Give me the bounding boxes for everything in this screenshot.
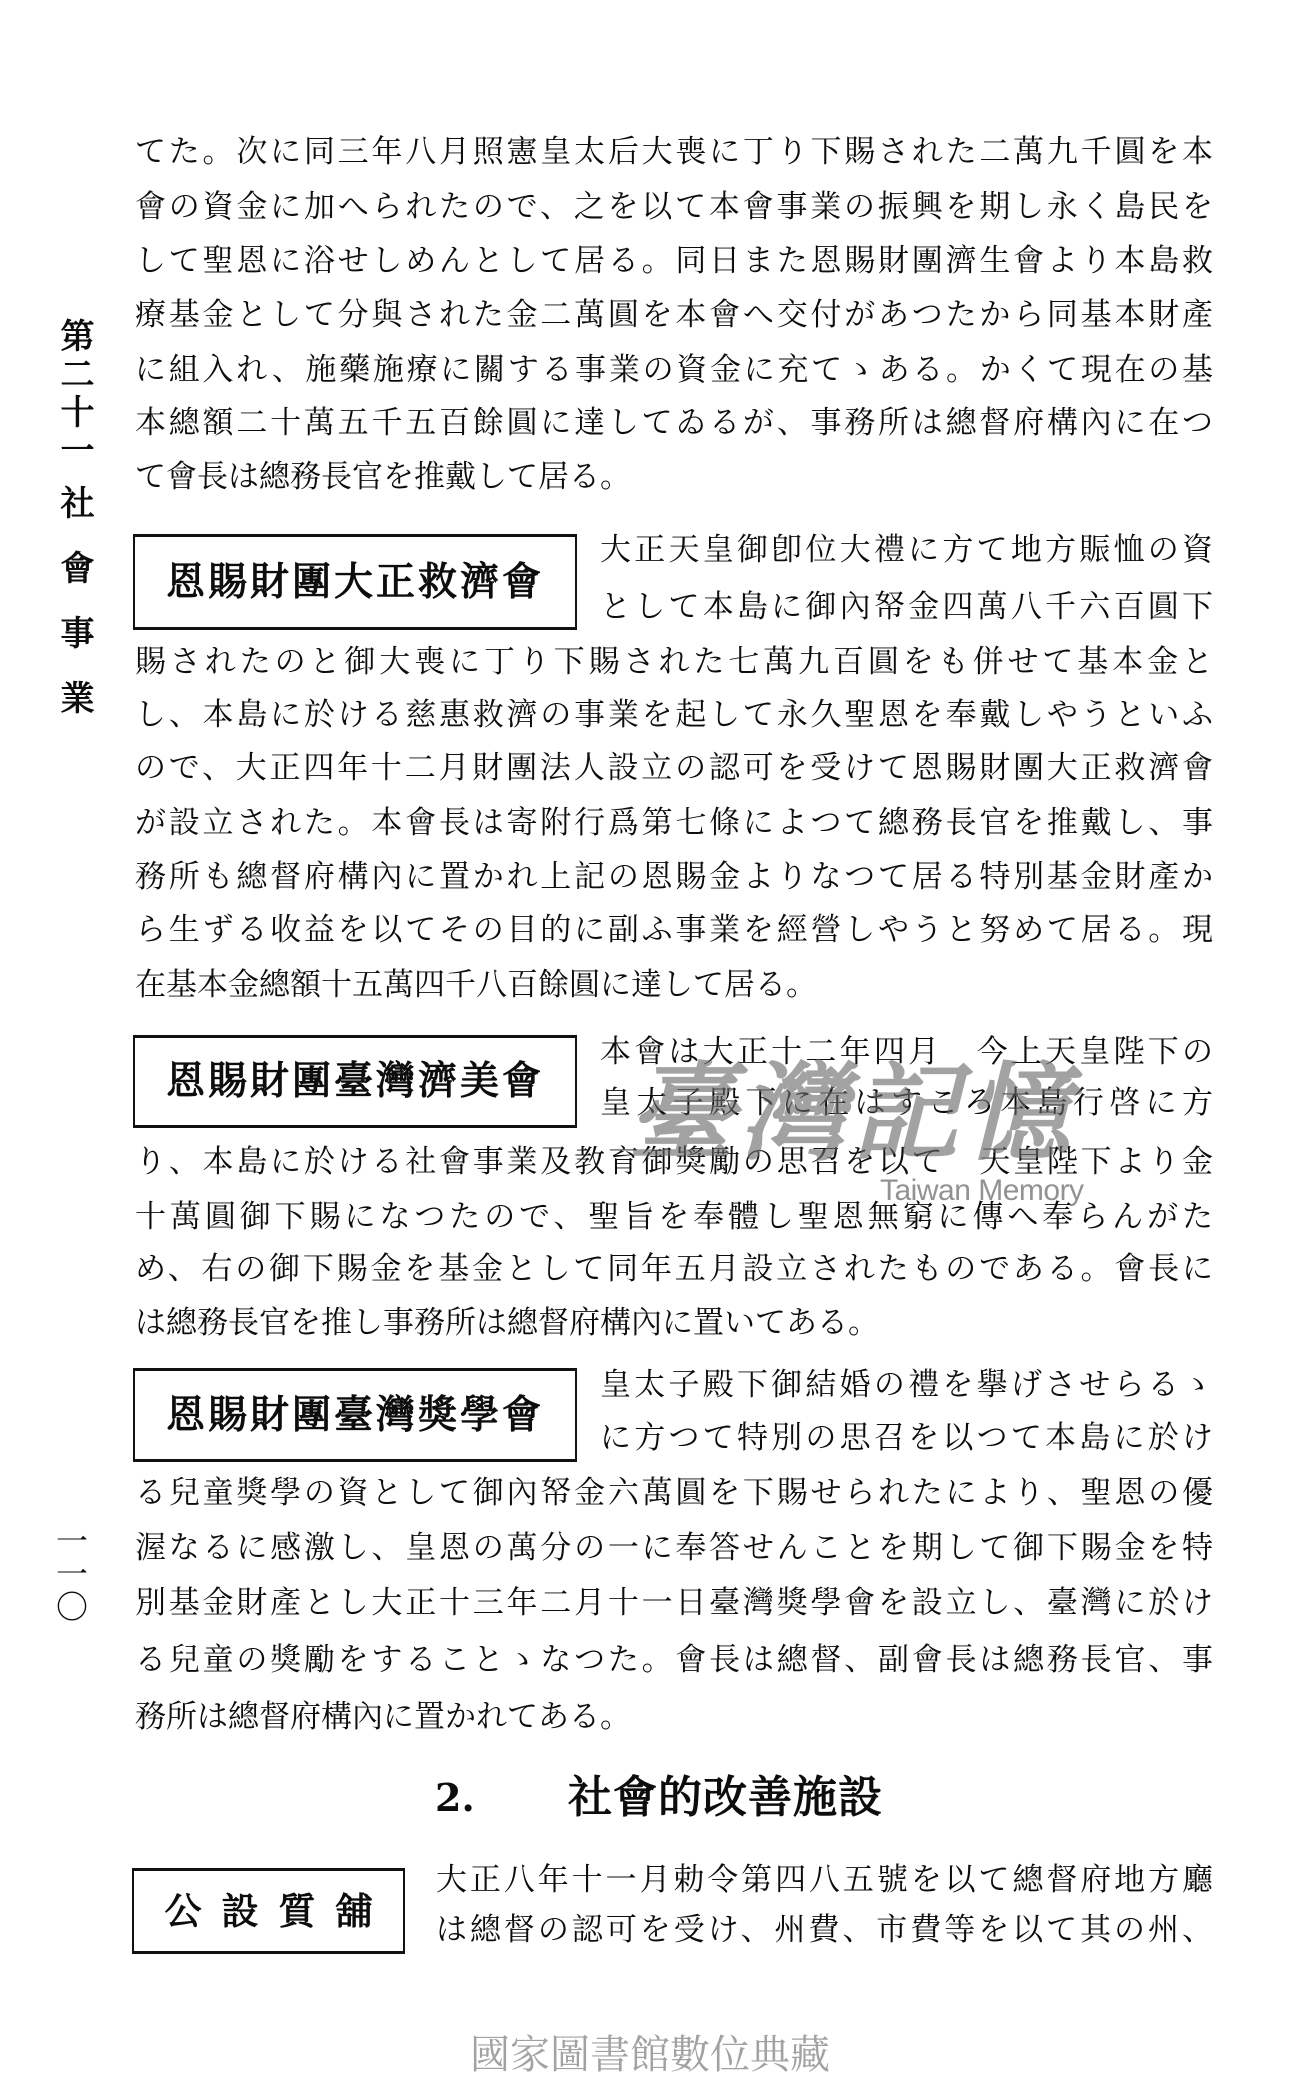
- running-header-chapter: 第二十一: [57, 318, 91, 470]
- text-line: して聖恩に浴せしめんとして居る。同日また恩賜財團濟生會より本島救: [135, 241, 1213, 281]
- section-label-box: 公設質舖: [132, 1868, 405, 1954]
- text-line: が設立された。本會長は寄附行爲第七條によつて總務長官を推戴し、事: [135, 803, 1213, 843]
- section-label: 恩賜財團臺灣獎學會: [166, 1396, 544, 1435]
- text-line: として本島に御內帑金四萬八千六百圓下: [600, 587, 1213, 627]
- text-line: は總務長官を推し事務所は總督府構內に置いてある。: [135, 1303, 1213, 1343]
- section-label: 恩賜財團臺灣濟美會: [166, 1062, 544, 1101]
- text-line: し、本島に於ける慈惠救濟の事業を起して永久聖恩を奉戴しやうといふ: [135, 695, 1213, 735]
- footer-watermark: 國家圖書館數位典藏: [470, 2033, 830, 2077]
- text-line: め、右の御下賜金を基金として同年五月設立されたものである。會長に: [135, 1249, 1213, 1289]
- section-label-box: 恩賜財團臺灣濟美會: [133, 1035, 577, 1128]
- text-line: 皇太子殿下御結婚の禮を擧げさせらるゝ: [600, 1365, 1213, 1405]
- text-line: 在基本金總額十五萬四千八百餘圓に達して居る。: [135, 965, 1213, 1005]
- text-line: 會の資金に加へられたので、之を以て本會事業の振興を期し永く島民を: [135, 187, 1213, 227]
- section-label: 恩賜財團大正救濟會: [166, 563, 544, 602]
- text-line: 療基金として分與された金二萬圓を本會へ交付があつたから同基本財產: [135, 295, 1213, 335]
- section-label: 公設質舖: [165, 1893, 393, 1930]
- text-line: 賜されたのと御大喪に丁り下賜された七萬九百圓をも併せて基本金と: [135, 642, 1213, 682]
- text-line: てた。次に同三年八月照憲皇太后大喪に丁り下賜された二萬九千圓を本: [135, 132, 1213, 172]
- text-line: ので、大正四年十二月財團法人設立の認可を受けて恩賜財團大正救濟會: [135, 748, 1213, 788]
- watermark-logo: 臺灣記憶: [628, 1060, 1076, 1166]
- page-number: 一一〇: [54, 1524, 86, 1623]
- text-line: ら生ずる收益を以てその目的に副ふ事業を經營しやうと努めて居る。現: [135, 910, 1213, 950]
- subsection-number: 2.: [435, 1778, 475, 1818]
- text-line: る兒童獎學の資として御內帑金六萬圓を下賜せられたにより、聖恩の優: [135, 1473, 1213, 1513]
- text-line: 渥なるに感激し、皇恩の萬分の一に奉答せんことを期して御下賜金を特: [135, 1528, 1213, 1568]
- text-line: る兒童の獎勵をすることゝなつた。會長は總督、副會長は總務長官、事: [135, 1640, 1213, 1680]
- text-line: に方つて特別の思召を以つて本島に於け: [600, 1418, 1213, 1458]
- text-line: に組入れ、施藥施療に關する事業の資金に充てゝある。かくて現在の基: [135, 350, 1213, 390]
- text-line: 務所も總督府構內に置かれ上記の恩賜金よりなつて居る特別基金財產か: [135, 857, 1213, 897]
- text-line: 本總額二十萬五千五百餘圓に達してゐるが、事務所は總督府構內に在つ: [135, 403, 1213, 443]
- text-line: て會長は總務長官を推戴して居る。: [135, 457, 1213, 497]
- watermark-logo-english: Taiwan Memory: [880, 1174, 1084, 1208]
- text-line: 務所は總督府構內に置かれてある。: [135, 1697, 1213, 1737]
- section-label-box: 恩賜財團大正救濟會: [133, 534, 577, 630]
- text-line: 別基金財產とし大正十三年二月十一日臺灣獎學會を設立し、臺灣に於け: [135, 1583, 1213, 1623]
- running-header-title: 社會事業: [57, 485, 91, 745]
- subsection-title: 社會的改善施設: [568, 1775, 883, 1821]
- text-line: 大正天皇御卽位大禮に方て地方賑恤の資: [600, 530, 1213, 570]
- text-line: は總督の認可を受け、州費、市費等を以て其の州、: [436, 1910, 1213, 1950]
- section-label-box: 恩賜財團臺灣獎學會: [133, 1368, 577, 1462]
- text-line: 大正八年十一月勅令第四八五號を以て總督府地方廳: [436, 1860, 1213, 1900]
